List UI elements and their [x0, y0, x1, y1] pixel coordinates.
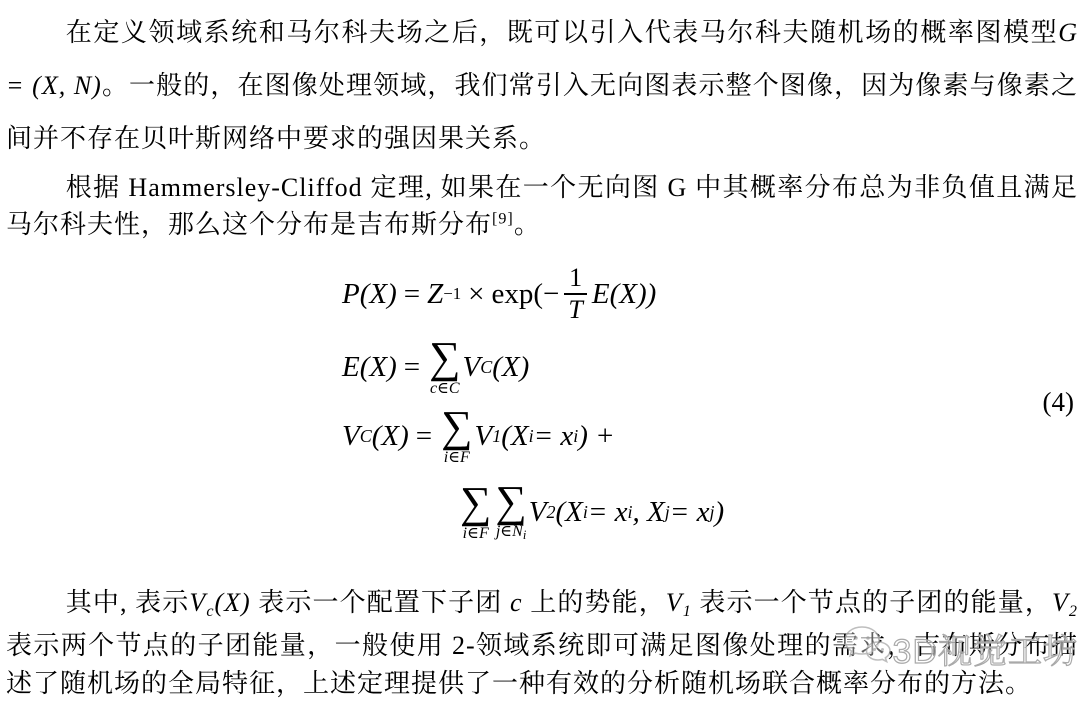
eq3-equals-x: = x [534, 420, 574, 453]
sigma-symbol: ∑ [429, 337, 460, 379]
eq4-v2: V [529, 496, 547, 529]
paragraph-3: 其中, 表示Vc(X) 表示一个配置下子团 c 上的势能，V1 表示一个节点的子… [0, 579, 1080, 703]
equation-line-1: P(X) = Z−1 × exp(− 1T E(X)) [342, 255, 1080, 333]
equation-block: P(X) = Z−1 × exp(− 1T E(X)) E(X) = ∑c∈C … [0, 255, 1080, 553]
p3-text-1: 其中, 表示 [66, 588, 190, 617]
eq3-lhs-arg: (X) [372, 420, 409, 453]
p3-text-2: 表示一个配置下子团 [251, 588, 510, 617]
eq1-fraction-1-over-T: 1T [563, 263, 587, 325]
p3-vc-arg: (X) [214, 588, 250, 617]
paragraph-1: 在定义领域系统和马尔科夫场之后，既可以引入代表马尔科夫随机场的概率图模型G = … [0, 0, 1080, 165]
p3-v2-subscript: 2 [1069, 603, 1078, 620]
p3-inline-math-clique-c: c [510, 588, 523, 617]
p3-text-4: 表示一个节点的子团的能量， [692, 588, 1052, 617]
eq1-exp-open: exp(− [492, 278, 560, 311]
equation-number: (4) [1043, 387, 1074, 418]
eq4-sum-over-neighbors: ∑j∈Ni [495, 481, 526, 544]
p2-text-2: 。 [514, 210, 541, 239]
eq3-arg-open: (X [501, 420, 528, 453]
eq4-arg-open: (X [555, 496, 582, 529]
sigma-symbol: ∑ [441, 406, 472, 448]
p2-text-1: 根据 Hammersley-Cliffod 定理, 如果在一个无向图 G 中其概… [6, 173, 1078, 239]
eq1-frac-numerator: 1 [564, 263, 587, 295]
p1-text-2: 。一般的，在图像处理领域，我们常引入无向图表示整个图像，因为像素与像素之间并不存… [6, 71, 1078, 153]
eq4-sum-over-field: ∑i∈F [460, 482, 491, 542]
eq1-equals: = [404, 278, 420, 311]
p3-inline-math-v2: V [1052, 588, 1069, 617]
equation-line-3: VC(X) = ∑i∈F V1(Xi = xi) + [342, 401, 1080, 471]
eq4-equals-x1: = x [588, 496, 628, 529]
eq1-energy-term: E(X)) [592, 278, 656, 311]
eq4-sum1-limit: i∈F [463, 525, 489, 543]
eq4-close: ) [714, 496, 724, 529]
sigma-symbol: ∑ [460, 482, 491, 524]
eq3-equals: = [416, 420, 432, 453]
p3-inline-math-vc: V [189, 588, 206, 617]
p3-v1-subscript: 1 [683, 603, 692, 620]
eq2-sum-over-cliques: ∑c∈C [429, 337, 460, 397]
document-page: 在定义领域系统和马尔科夫场之后，既可以引入代表马尔科夫随机场的概率图模型G = … [0, 0, 1080, 703]
eq2-sum-limit: c∈C [430, 380, 460, 398]
eq1-lhs: P(X) [342, 278, 397, 311]
eq4-neighbor-set-subscript: i [523, 529, 526, 543]
eq2-potential-v: V [462, 351, 480, 384]
eq3-lhs-v: V [342, 420, 360, 453]
eq3-v1: V [474, 420, 492, 453]
eq2-arg: (X) [492, 351, 529, 384]
eq4-sum2-limit: j∈Ni [496, 523, 526, 543]
paragraph-2: 根据 Hammersley-Cliffod 定理, 如果在一个无向图 G 中其概… [0, 169, 1080, 243]
eq1-frac-denominator: T [563, 295, 587, 325]
eq2-equals: = [404, 351, 420, 384]
eq4-equals-x2: = x [670, 496, 710, 529]
eq3-close-plus: ) + [578, 420, 614, 453]
p3-text-3: 上的势能， [523, 588, 666, 617]
p3-text-5: 表示两个节点的子团能量，一般使用 2-领域系统即可满足图像处理的需求，吉布斯分布… [6, 631, 1078, 698]
sigma-symbol: ∑ [495, 481, 526, 523]
p3-inline-math-v1: V [666, 588, 683, 617]
equation-line-2: E(X) = ∑c∈C VC(X) [342, 333, 1080, 401]
eq4-comma-x: , X [633, 496, 665, 529]
eq3-sum-limit: i∈F [444, 449, 470, 467]
eq1-times-operator: × [468, 278, 484, 311]
citation-ref-9: [9] [492, 210, 514, 227]
p1-text-1: 在定义领域系统和马尔科夫场之后，既可以引入代表马尔科夫随机场的概率图模型 [66, 18, 1058, 47]
eq3-sum-over-field: ∑i∈F [441, 406, 472, 466]
equation-line-4: ∑i∈F ∑j∈Ni V2(Xi = xi, Xj = xj) [458, 471, 1080, 553]
eq2-lhs: E(X) [342, 351, 397, 384]
eq1-partition-z: Z [427, 278, 443, 311]
